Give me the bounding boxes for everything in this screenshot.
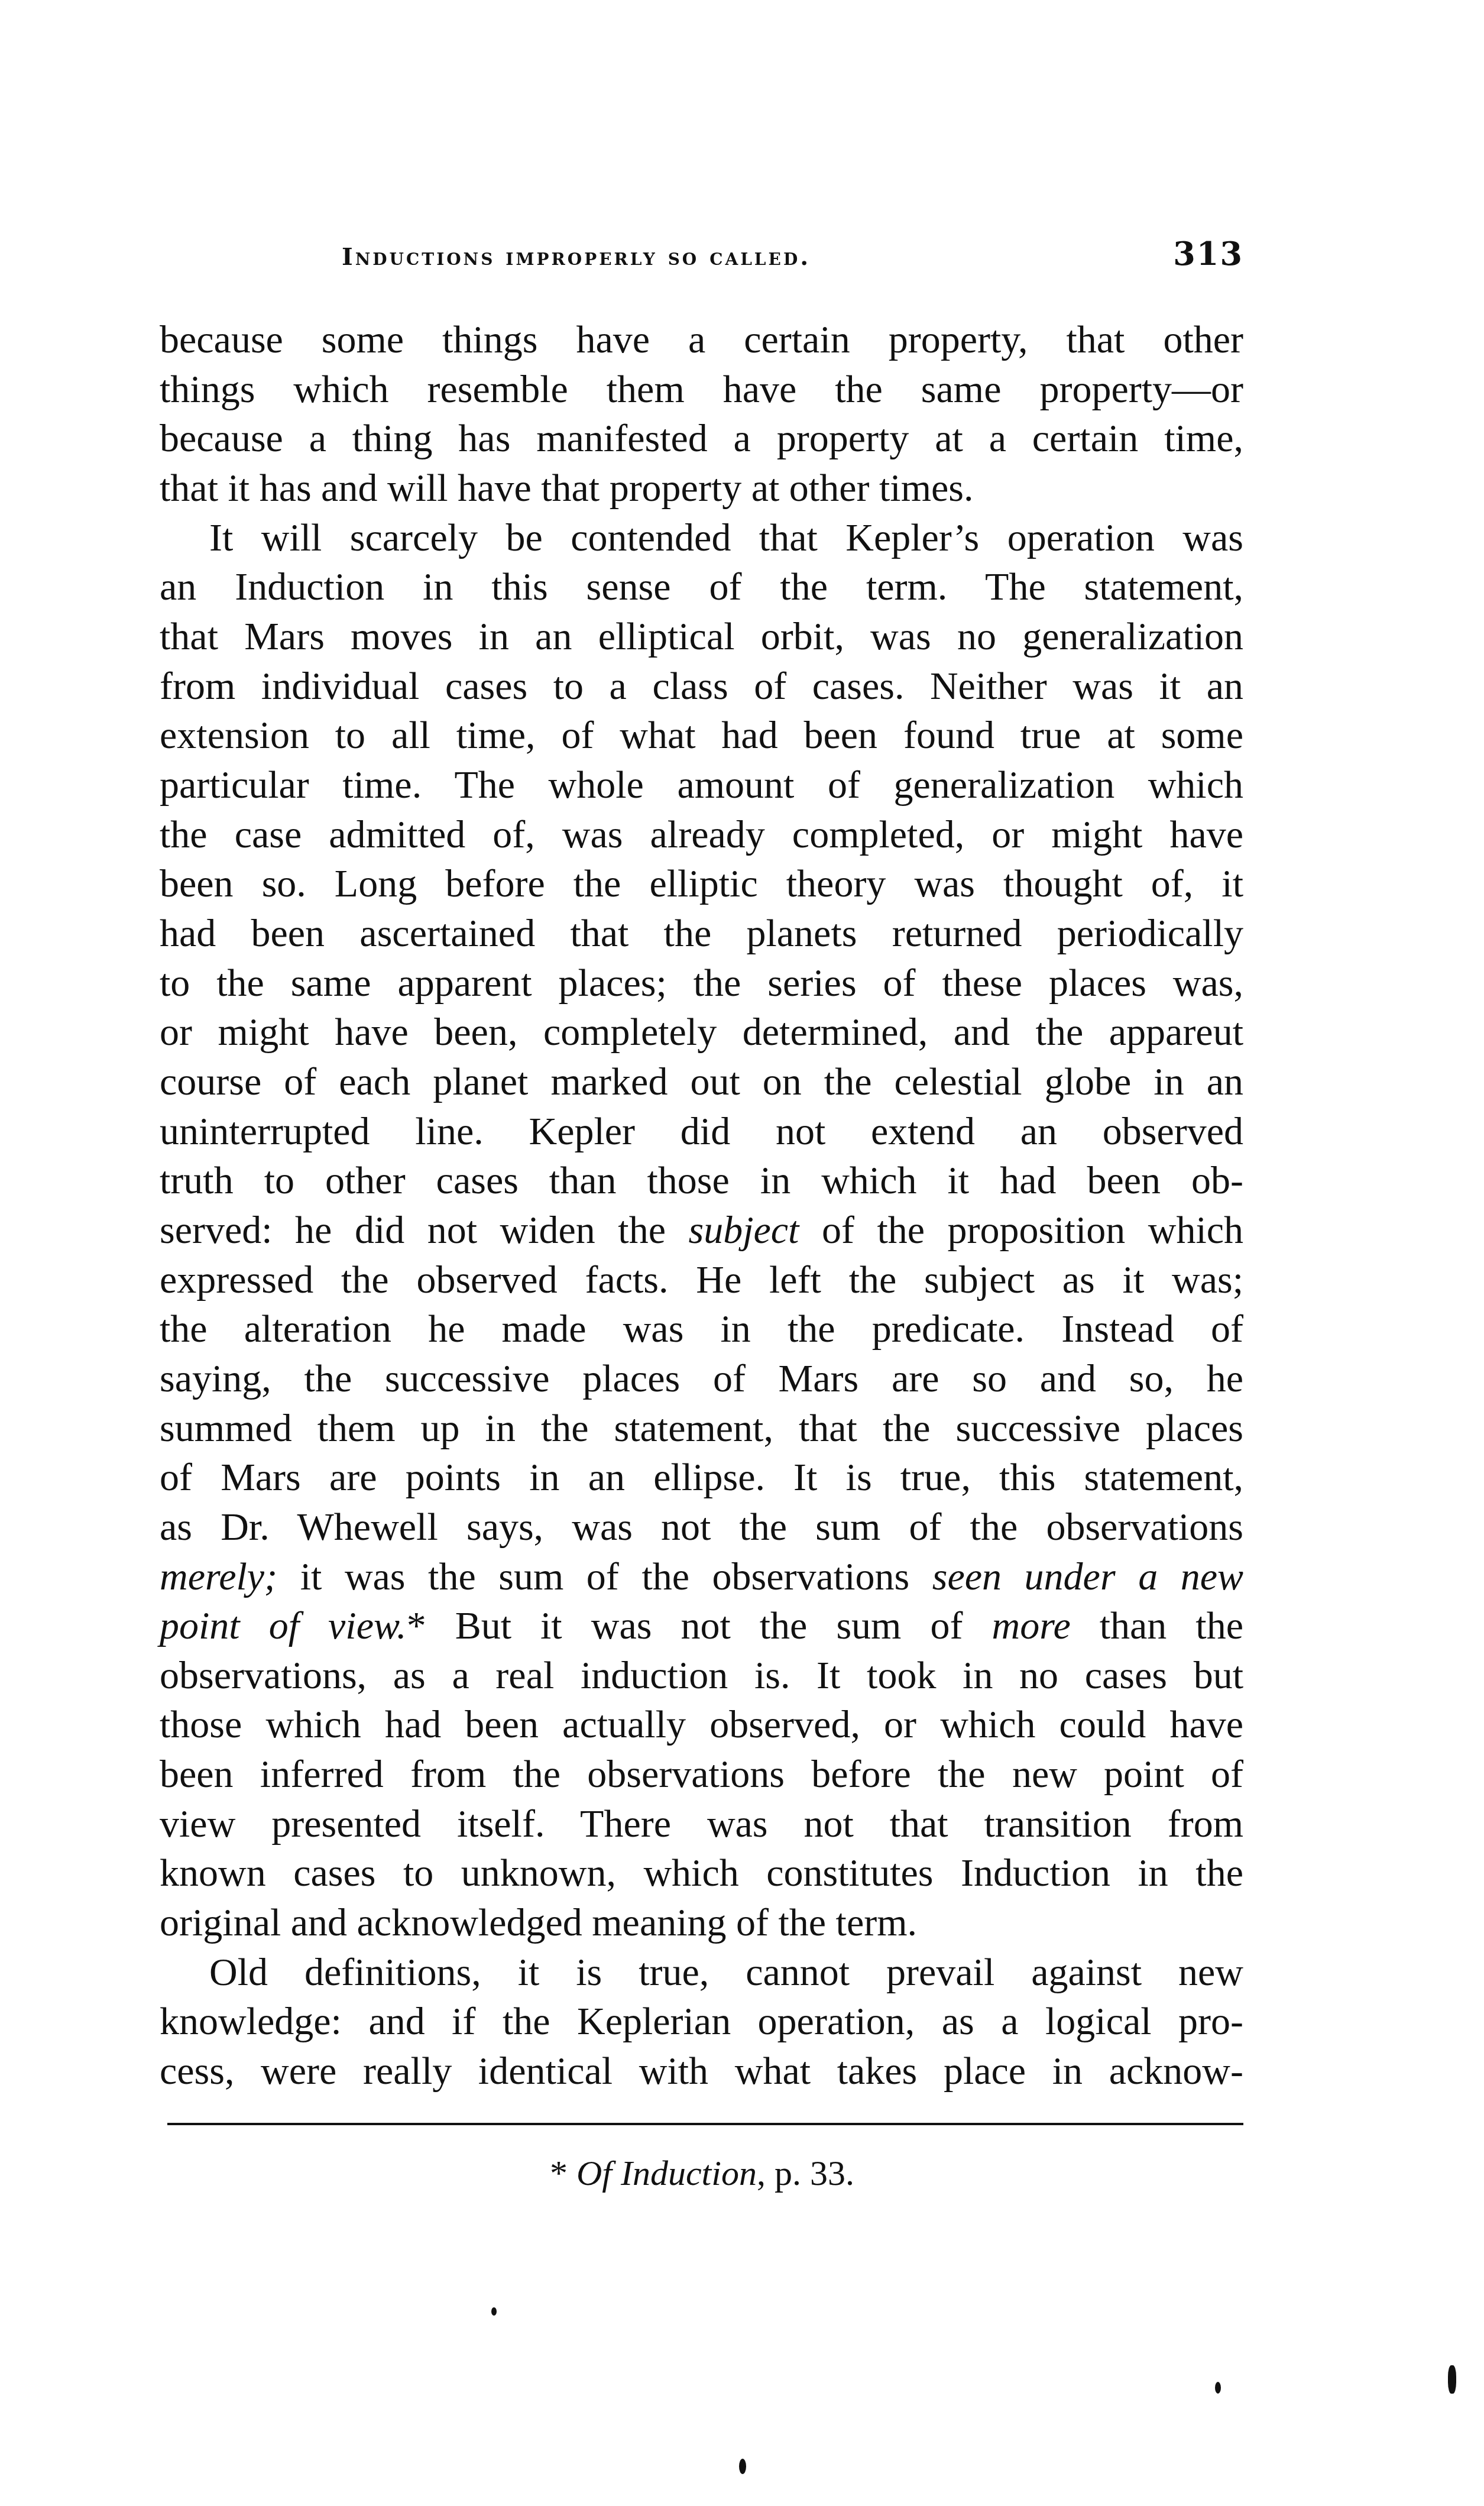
text-line: because some things have a certain prope…: [160, 315, 1243, 365]
text-line: view presented itself. There was not tha…: [160, 1799, 1243, 1849]
text-line: Old definitions, it is true, cannot prev…: [160, 1948, 1243, 1997]
text-run: uninterrupted line. Kepler did not exten…: [160, 1110, 1243, 1153]
text-run: known cases to unknown, which constitute…: [160, 1851, 1243, 1895]
text-run: to the same apparent places; the series …: [160, 961, 1243, 1005]
text-line: It will scarcely be contended that Keple…: [160, 513, 1243, 563]
text-line: course of each planet marked out on the …: [160, 1057, 1243, 1107]
text-line: an Induction in this sense of the term. …: [160, 562, 1243, 612]
text-run: had been ascertained that the planets re…: [160, 912, 1243, 955]
text-run: those which had been actually observed, …: [160, 1703, 1243, 1746]
text-run: that it has and will have that property …: [160, 467, 973, 510]
running-head: Inductions improperly so called. 313: [342, 239, 1243, 275]
text-run: been so. Long before the elliptic theory…: [160, 862, 1243, 905]
scan-speck: [491, 2307, 497, 2316]
italic-text: subject: [688, 1209, 799, 1252]
footnote-marker: *: [550, 2154, 576, 2193]
text-line: the alteration he made was in the predic…: [160, 1304, 1243, 1354]
footnote-work-title: Of Induction: [576, 2154, 757, 2193]
text-run: view presented itself. There was not tha…: [160, 1802, 1243, 1845]
text-run: the alteration he made was in the predic…: [160, 1307, 1243, 1351]
text-run: course of each planet marked out on the …: [160, 1060, 1243, 1103]
text-run: of Mars are points in an ellipse. It is …: [160, 1456, 1243, 1499]
italic-text: more: [992, 1604, 1070, 1647]
text-run: the case admitted of, was already comple…: [160, 813, 1243, 856]
text-line: that it has and will have that property …: [160, 464, 1243, 513]
text-line: to the same apparent places; the series …: [160, 959, 1243, 1008]
italic-text: seen under a new: [932, 1555, 1243, 1598]
text-run: expressed the observed facts. He left th…: [160, 1258, 1243, 1301]
text-line: because a thing has manifested a propert…: [160, 414, 1243, 464]
text-line: uninterrupted line. Kepler did not exten…: [160, 1107, 1243, 1157]
text-run: an Induction in this sense of the term. …: [160, 565, 1243, 608]
text-run: as Dr. Whewell says, was not the sum of …: [160, 1505, 1243, 1549]
text-line: been inferred from the observations befo…: [160, 1750, 1243, 1799]
text-line: saying, the successive places of Mars ar…: [160, 1354, 1243, 1404]
text-line: served: he did not widen the subject of …: [160, 1206, 1243, 1255]
text-run: because some things have a certain prope…: [160, 318, 1243, 361]
footnote: * Of Induction, p. 33.: [550, 2152, 854, 2194]
text-line: knowledge: and if the Keplerian operatio…: [160, 1997, 1243, 2047]
text-run: it was the sum of the observations: [277, 1555, 932, 1598]
text-line: from individual cases to a class of case…: [160, 662, 1243, 711]
text-run: cess, were really identical with what ta…: [160, 2050, 1243, 2093]
italic-text: merely;: [160, 1555, 277, 1598]
text-run: summed them up in the statement, that th…: [160, 1407, 1243, 1450]
text-run: * But it was not the sum of: [407, 1604, 992, 1647]
text-run: knowledge: and if the Keplerian operatio…: [160, 2000, 1243, 2043]
text-run: than the: [1071, 1604, 1243, 1647]
text-run: It will scarcely be contended that Keple…: [209, 516, 1243, 559]
text-line: merely; it was the sum of the observatio…: [160, 1552, 1243, 1602]
text-run: that Mars moves in an elliptical orbit, …: [160, 615, 1243, 658]
text-line: the case admitted of, was already comple…: [160, 810, 1243, 860]
running-head-title: Inductions improperly so called.: [342, 239, 811, 275]
text-line: extension to all time, of what had been …: [160, 711, 1243, 760]
footnote-page-ref: , p. 33.: [757, 2154, 854, 2193]
text-run: extension to all time, of what had been …: [160, 714, 1243, 757]
scan-speck: [1448, 2365, 1456, 2394]
text-line: observations, as a real induction is. It…: [160, 1651, 1243, 1701]
text-line: original and acknowledged meaning of the…: [160, 1898, 1243, 1948]
text-line: cess, were really identical with what ta…: [160, 2047, 1243, 2096]
text-run: been inferred from the observations befo…: [160, 1753, 1243, 1796]
text-line: that Mars moves in an elliptical orbit, …: [160, 612, 1243, 662]
text-run: Old definitions, it is true, cannot prev…: [209, 1951, 1243, 1994]
text-line: truth to other cases than those in which…: [160, 1156, 1243, 1206]
text-run: or might have been, completely determine…: [160, 1011, 1243, 1054]
text-run: served: he did not widen the: [160, 1209, 688, 1252]
text-line: been so. Long before the elliptic theory…: [160, 859, 1243, 909]
text-run: saying, the successive places of Mars ar…: [160, 1357, 1243, 1400]
text-line: or might have been, completely determine…: [160, 1008, 1243, 1057]
text-run: truth to other cases than those in which…: [160, 1159, 1243, 1202]
footnote-rule: [167, 2123, 1243, 2125]
page-number: 313: [1173, 236, 1243, 271]
text-run: particular time. The whole amount of gen…: [160, 763, 1243, 807]
text-line: point of view.* But it was not the sum o…: [160, 1601, 1243, 1651]
book-page: Inductions improperly so called. 313 bec…: [0, 0, 1484, 2506]
text-run: original and acknowledged meaning of the…: [160, 1901, 917, 1944]
text-line: expressed the observed facts. He left th…: [160, 1255, 1243, 1305]
text-line: known cases to unknown, which constitute…: [160, 1848, 1243, 1898]
italic-text: point of view.: [160, 1604, 407, 1647]
text-line: of Mars are points in an ellipse. It is …: [160, 1453, 1243, 1503]
text-line: had been ascertained that the planets re…: [160, 909, 1243, 959]
text-run: things which resemble them have the same…: [160, 368, 1243, 411]
scan-speck: [1215, 2382, 1221, 2394]
text-line: as Dr. Whewell says, was not the sum of …: [160, 1503, 1243, 1552]
text-line: things which resemble them have the same…: [160, 365, 1243, 415]
text-line: those which had been actually observed, …: [160, 1700, 1243, 1750]
text-run: observations, as a real induction is. It…: [160, 1654, 1243, 1697]
text-run: because a thing has manifested a propert…: [160, 417, 1243, 460]
text-line: summed them up in the statement, that th…: [160, 1404, 1243, 1453]
text-run: from individual cases to a class of case…: [160, 665, 1243, 708]
scan-speck: [739, 2459, 746, 2474]
text-line: particular time. The whole amount of gen…: [160, 760, 1243, 810]
text-run: of the proposition which: [799, 1209, 1243, 1252]
